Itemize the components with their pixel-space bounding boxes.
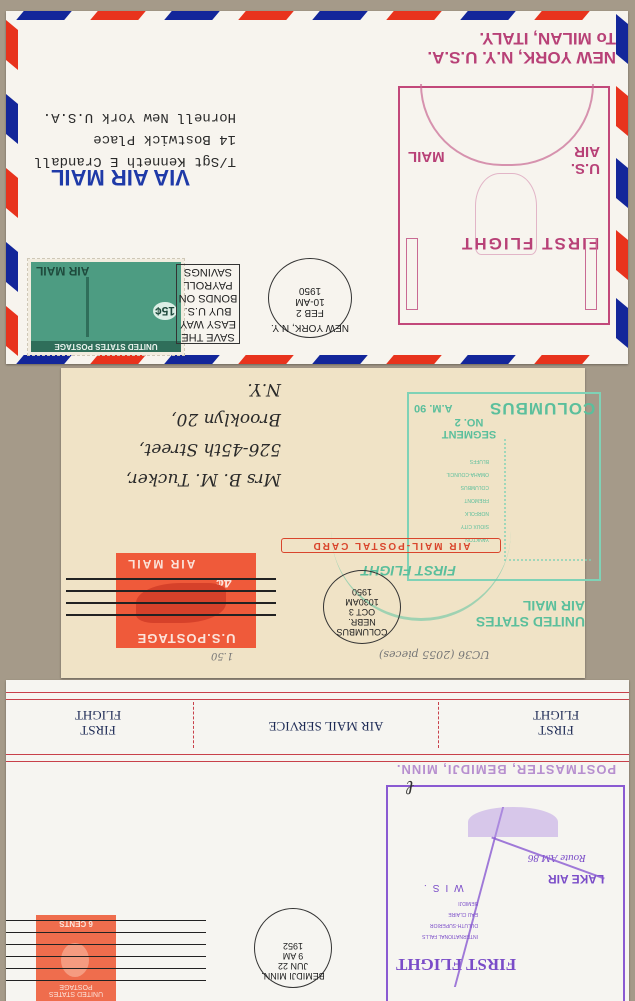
imprinted-airmail-stamp-4c: U.S.POSTAGE AIR MAIL 4¢ <box>116 553 256 648</box>
palm-tree-icon <box>86 277 109 337</box>
postmark-date: OCT 3 <box>324 607 400 617</box>
landscape-illustration <box>504 439 591 561</box>
cachet-title-line: NEW YORK, N.Y. U.S.A. <box>401 48 616 67</box>
machine-cancel-line <box>6 944 206 945</box>
postmark-city: COLUMBUS NEBR. <box>324 617 400 637</box>
address-block: T/Sgt Kenneth E Crandall 14 Bostwick Pla… <box>6 106 236 172</box>
address-line: Brooklyn 20, <box>91 404 281 434</box>
map-town: COLUMBUS <box>429 480 489 493</box>
machine-cancel-line <box>6 932 206 933</box>
eagle-icon <box>475 173 537 255</box>
postmark-year: 1950 <box>269 285 351 296</box>
border-stripe <box>616 14 628 64</box>
border-stripe <box>386 355 442 364</box>
border-stripe <box>6 306 18 356</box>
pencil-catalog-note: UC36 (2055 pieces) <box>379 648 490 661</box>
border-stripe <box>616 298 628 348</box>
map-town: EAU CLAIRE <box>398 908 478 919</box>
cachet-route: A.M. 90 <box>414 402 453 414</box>
postmark-date: FEB 2 <box>269 307 351 318</box>
new-york-postmark: NEW YORK, N.Y. FEB 2 10-AM 1950 <box>268 258 352 338</box>
address-line: Hornell New York U.S.A. <box>6 106 236 128</box>
border-stripe <box>460 355 516 364</box>
header-air-mail-service: AIR MAIL SERVICE <box>246 718 406 734</box>
postmark-time: 10-AM <box>269 296 351 307</box>
cachet-segment: SEGMENT NO. 2 <box>439 416 499 440</box>
address-line: N.Y. <box>91 374 281 404</box>
postmaster-line: POSTMASTER, BEMIDJI, MINN. <box>386 762 626 777</box>
postal-card-label: AIR MAIL-POSTAL CARD <box>281 538 501 553</box>
border-stripe <box>238 11 294 20</box>
slogan-line: SAVE THE EASY WAY <box>177 317 239 343</box>
header-divider <box>438 702 441 748</box>
border-stripe <box>534 355 590 364</box>
torch-icon <box>585 238 597 310</box>
postmark-city: BEMIDJI MINN. <box>255 971 331 981</box>
border-stripe <box>616 86 628 136</box>
postmark-date: JUN 22 <box>255 961 331 971</box>
cachet-title: COLUMBUS <box>489 398 595 418</box>
slogan-line: PAYROLL SAVINGS <box>177 265 239 291</box>
border-stripe <box>90 355 146 364</box>
postmark-time: 9 AM <box>255 951 331 961</box>
header-border-line <box>6 754 629 762</box>
header-divider <box>193 702 196 748</box>
first-flight-cover-bemidji: FIRST FLIGHT AIR MAIL SERVICE FIRST FLIG… <box>6 680 629 1001</box>
bemidji-postmark: BEMIDJI MINN. JUN 22 9 AM 1952 <box>254 908 332 988</box>
stamp-band-text: UNITED STATES POSTAGE <box>31 341 181 352</box>
lake-air-route-map-cachet: FIRST FLIGHT LAKE AIR Route AM 86 WIS. B… <box>386 785 625 1001</box>
address-line: 14 Bostwick Place <box>6 128 236 150</box>
border-stripe <box>6 168 18 218</box>
border-stripe <box>616 230 628 280</box>
cachet-side-text: U.S. AIR <box>550 143 600 177</box>
cachet-side-text: MAIL <box>408 148 445 165</box>
border-stripe <box>6 20 18 70</box>
airplane-icon <box>468 807 558 837</box>
address-line: Mrs B. M. Tucker, <box>91 464 281 494</box>
stamp-value: 15¢ <box>153 302 177 320</box>
border-stripe <box>312 11 368 20</box>
machine-cancel-line <box>66 614 276 616</box>
columbus-postmark: COLUMBUS NEBR. OCT 3 1030AM 1950 <box>323 570 401 644</box>
border-stripe <box>534 11 590 20</box>
cachet-title-to: To <box>596 29 616 48</box>
border-stripe <box>16 355 72 364</box>
stamp-top-text: U.S.POSTAGE <box>116 631 256 646</box>
handwritten-address: Mrs B. M. Tucker, 526-45th Street, Brook… <box>91 374 281 494</box>
machine-cancel-line <box>66 602 276 604</box>
airmail-cover-new-york-milan: NEW YORK, N.Y. U.S.A. To MILAN, ITALY. U… <box>6 11 628 364</box>
slogan-line: BUY U.S. BONDS ON <box>177 291 239 317</box>
header-first-flight-left: FIRST FLIGHT <box>58 708 138 738</box>
airmail-postal-card-columbus: COLUMBUS A.M. 90 SEGMENT NO. 2 OMAHA-COU… <box>61 368 585 678</box>
postmark-year: 1950 <box>324 587 400 597</box>
map-town: OMAHA-COUNCIL BLUFFS <box>429 454 489 480</box>
border-stripe <box>238 355 294 364</box>
machine-cancel-line <box>6 968 206 969</box>
machine-cancel-line <box>6 956 206 957</box>
torch-icon <box>406 238 418 310</box>
address-line: 526-45th Street, <box>91 434 281 464</box>
via-air-mail-label: VIA AIR MAIL <box>51 164 190 190</box>
postmaster-signature: ℓ <box>406 775 414 800</box>
machine-cancel-line <box>6 920 206 921</box>
header-border-line <box>6 692 629 700</box>
state-label: WIS. <box>418 882 464 893</box>
border-stripe <box>386 11 442 20</box>
map-town: DULUTH-SUPERIOR <box>398 919 478 930</box>
slogan-cancel: SAVE THE EASY WAY BUY U.S. BONDS ON PAYR… <box>176 264 240 344</box>
cachet-title: NEW YORK, N.Y. U.S.A. To MILAN, ITALY. <box>401 29 616 67</box>
portrait-icon <box>61 943 89 977</box>
cachet-title-line: MILAN, ITALY. <box>479 29 591 48</box>
header-first-flight-right: FIRST FLIGHT <box>516 708 596 738</box>
border-stripe <box>616 158 628 208</box>
stamp-label: AIR MAIL <box>126 557 195 571</box>
border-stripe <box>164 11 220 20</box>
border-stripe <box>164 355 220 364</box>
postmark-year: 1952 <box>255 941 331 951</box>
pencil-price-note: 1.50 <box>211 650 233 661</box>
machine-cancel-line <box>66 578 276 580</box>
six-cent-stamp: 6 CENTS UNITED STATES POSTAGE <box>36 915 116 1001</box>
border-stripe <box>312 355 368 364</box>
machine-cancel-line <box>66 590 276 592</box>
border-stripe <box>90 11 146 20</box>
airmail-stamp-15c: UNITED STATES POSTAGE AIR MAIL 15¢ <box>28 259 184 355</box>
eagle-globe-cachet: U.S. AIR MAIL FIRST FLIGHT <box>398 86 610 325</box>
border-stripe <box>6 242 18 292</box>
postmark-city: NEW YORK, N.Y. <box>269 322 351 333</box>
map-town: INTERNATIONAL FALLS <box>398 930 478 941</box>
stamp-label: AIR MAIL <box>36 264 89 278</box>
map-town-list: BEMIDJI EAU CLAIRE DULUTH-SUPERIOR INTER… <box>398 897 478 941</box>
border-stripe <box>460 11 516 20</box>
map-town: BEMIDJI <box>398 897 478 908</box>
postmark-time: 1030AM <box>324 597 400 607</box>
cachet-ring-text: UNITED STATES AIR MAIL <box>461 598 585 630</box>
stamp-text: UNITED STATES POSTAGE <box>36 983 116 997</box>
machine-cancel-line <box>6 980 206 981</box>
border-stripe <box>16 11 72 20</box>
